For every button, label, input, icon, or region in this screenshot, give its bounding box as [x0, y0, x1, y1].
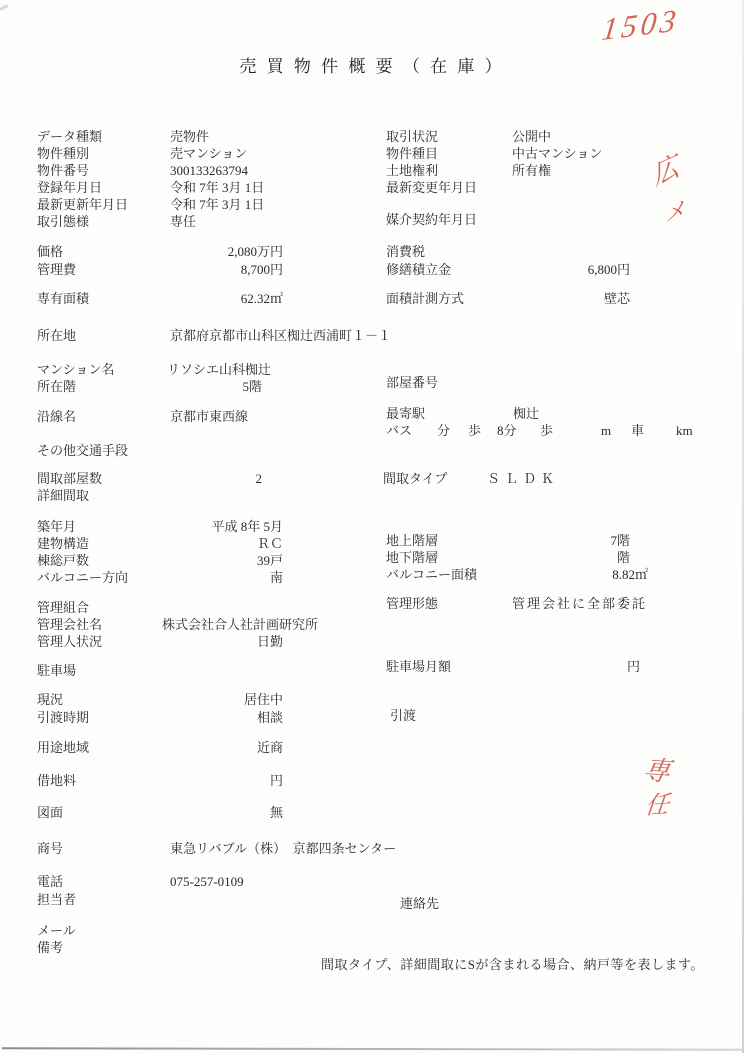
- value-management-form: 管理会社に全部委託: [512, 595, 647, 612]
- access-km-unit: km: [676, 422, 693, 439]
- label-area-measurement: 面積計測方式: [386, 290, 464, 307]
- label-consumption-tax: 消費税: [386, 243, 425, 260]
- access-bus-label: バス: [386, 422, 412, 439]
- label-parking-monthly: 駐車場月額: [386, 658, 451, 675]
- access-walk-label: 歩: [468, 422, 481, 439]
- label-floor-plan: 図面: [37, 804, 63, 821]
- label-last-modified-date: 最新変更年月日: [386, 179, 477, 196]
- label-rail-line: 沿線名: [37, 408, 76, 425]
- handwritten-note-upper-2: メ: [663, 200, 686, 222]
- handwritten-page-number: 1503: [601, 11, 681, 38]
- label-balcony-direction: バルコニー方向: [37, 569, 128, 586]
- label-management-company: 管理会社名: [37, 616, 102, 633]
- value-floor-plan: 無: [150, 804, 283, 821]
- value-floors-above: 7階: [500, 532, 630, 549]
- label-repair-reserve: 修繕積立金: [386, 261, 451, 278]
- value-balcony-area: 8.82㎡: [500, 566, 648, 583]
- label-current-status: 現況: [37, 691, 63, 708]
- access-car-label: 車: [631, 422, 644, 439]
- value-data-type: 売物件: [170, 128, 209, 145]
- label-management-assoc: 管理組合: [37, 599, 89, 616]
- value-manager-status: 日勤: [150, 633, 283, 650]
- label-land-rights: 土地権利: [386, 162, 438, 179]
- value-phone: 075-257-0109: [170, 873, 244, 890]
- value-handover-timing: 相談: [150, 709, 283, 726]
- value-management-fee: 8,700円: [150, 261, 283, 278]
- label-structure: 建物構造: [37, 535, 89, 552]
- label-zoning: 用途地域: [37, 739, 89, 756]
- value-balcony-direction: 南: [150, 569, 283, 586]
- label-layout-type: 間取タイプ: [383, 470, 447, 487]
- label-property-type: 物件種目: [386, 145, 438, 162]
- label-email: メール: [37, 922, 76, 939]
- label-data-type: データ種類: [37, 128, 102, 145]
- label-transaction-status: 取引状況: [386, 128, 438, 145]
- document-title: 売 買 物 件 概 要 （ 在 庫 ）: [0, 58, 744, 75]
- label-price: 価格: [37, 243, 63, 260]
- label-staff: 担当者: [37, 891, 76, 908]
- value-property-number: 300133263794: [170, 162, 248, 179]
- value-property-type: 中古マンション: [512, 145, 602, 162]
- label-room-number: 部屋番号: [386, 374, 438, 391]
- label-transaction-type: 取引態様: [37, 213, 89, 230]
- scan-edge-corner: [0, 4, 8, 11]
- label-exclusive-area: 専有面積: [37, 290, 89, 307]
- value-built-date: 平成 8年 5月: [150, 518, 283, 535]
- label-brokerage-contract-date: 媒介契約年月日: [386, 211, 477, 228]
- value-land-rights: 所有権: [512, 162, 551, 179]
- label-manager-status: 管理人状況: [37, 633, 102, 650]
- value-location: 京都府京都市山科区椥辻西浦町１－１: [170, 327, 391, 344]
- label-property-number: 物件番号: [37, 162, 89, 179]
- label-registered-date: 登録年月日: [37, 179, 102, 196]
- value-total-units: 39戸: [150, 552, 283, 569]
- value-structure: ＲＣ: [150, 535, 283, 552]
- value-rail-line: 京都市東西線: [170, 408, 248, 425]
- value-room-count: 2: [150, 470, 262, 487]
- value-layout-type: ＳＬＤＫ: [487, 470, 559, 487]
- access-walk-minutes: 8分: [497, 422, 517, 439]
- label-management-form: 管理形態: [386, 595, 438, 612]
- access-walk2-label: 歩: [540, 422, 553, 439]
- label-nearest-station: 最寄駅: [386, 405, 425, 422]
- value-property-category: 売マンション: [170, 145, 247, 162]
- scan-edge-bottom: [2, 1047, 742, 1051]
- label-property-category: 物件種別: [37, 145, 89, 162]
- value-current-status: 居住中: [150, 691, 283, 708]
- value-last-updated-date: 令和 7年 3月 1日: [170, 196, 264, 213]
- label-handover: 引渡: [390, 707, 416, 724]
- value-land-rent: 円: [150, 772, 283, 789]
- label-location: 所在地: [37, 327, 76, 344]
- handwritten-note-lower-2: 任: [644, 797, 670, 816]
- label-company-name: 商号: [37, 840, 63, 857]
- handwritten-note-lower-1: 専: [642, 762, 672, 781]
- value-price: 2,080万円: [150, 243, 283, 260]
- handwritten-note-upper-1: 広: [651, 158, 680, 186]
- value-area-measurement: 壁芯: [500, 290, 630, 307]
- label-floor: 所在階: [37, 378, 76, 395]
- label-parking: 駐車場: [37, 662, 76, 679]
- value-company-name: 東急リバブル（株） 京都四条センター: [170, 840, 396, 857]
- label-contact: 連絡先: [400, 895, 439, 912]
- label-building-name: マンション名: [37, 361, 114, 378]
- value-floor: 5階: [150, 378, 262, 395]
- label-other-transport: その他交通手段: [37, 442, 128, 459]
- label-remarks: 備考: [37, 939, 63, 956]
- access-bus-minutes-unit: 分: [437, 422, 450, 439]
- value-floors-below: 階: [500, 549, 630, 566]
- label-balcony-area: バルコニー面積: [386, 566, 477, 583]
- label-land-rent: 借地料: [37, 772, 76, 789]
- label-management-fee: 管理費: [37, 261, 76, 278]
- label-phone: 電話: [37, 873, 63, 890]
- label-floors-above: 地上階層: [386, 532, 438, 549]
- label-built-date: 築年月: [37, 518, 76, 535]
- access-meter-unit: m: [601, 422, 611, 439]
- value-registered-date: 令和 7年 3月 1日: [170, 179, 264, 196]
- value-zoning: 近商: [150, 739, 283, 756]
- value-transaction-type: 専任: [170, 213, 196, 230]
- label-floors-below: 地下階層: [386, 549, 438, 566]
- label-total-units: 棟総戸数: [37, 552, 89, 569]
- label-layout-detail: 詳細間取: [37, 487, 89, 504]
- label-room-count: 間取部屋数: [37, 470, 102, 487]
- value-transaction-status: 公開中: [512, 128, 551, 145]
- value-parking-monthly: 円: [500, 658, 640, 675]
- value-management-company: 株式会社合人社計画研究所: [162, 616, 318, 633]
- property-summary-document: 売 買 物 件 概 要 （ 在 庫 ） 1503 広 メ 専 任 データ種類 売…: [0, 0, 744, 1053]
- value-exclusive-area: 62.32㎡: [150, 290, 283, 307]
- value-building-name: リソシエ山科椥辻: [167, 361, 271, 378]
- layout-type-footnote: 間取タイプ、詳細間取にSが含まれる場合、納戸等を表します。: [321, 956, 704, 973]
- label-handover-timing: 引渡時期: [37, 709, 89, 726]
- value-repair-reserve: 6,800円: [500, 261, 630, 278]
- label-last-updated-date: 最新更新年月日: [37, 196, 128, 213]
- value-nearest-station: 椥辻: [513, 405, 539, 422]
